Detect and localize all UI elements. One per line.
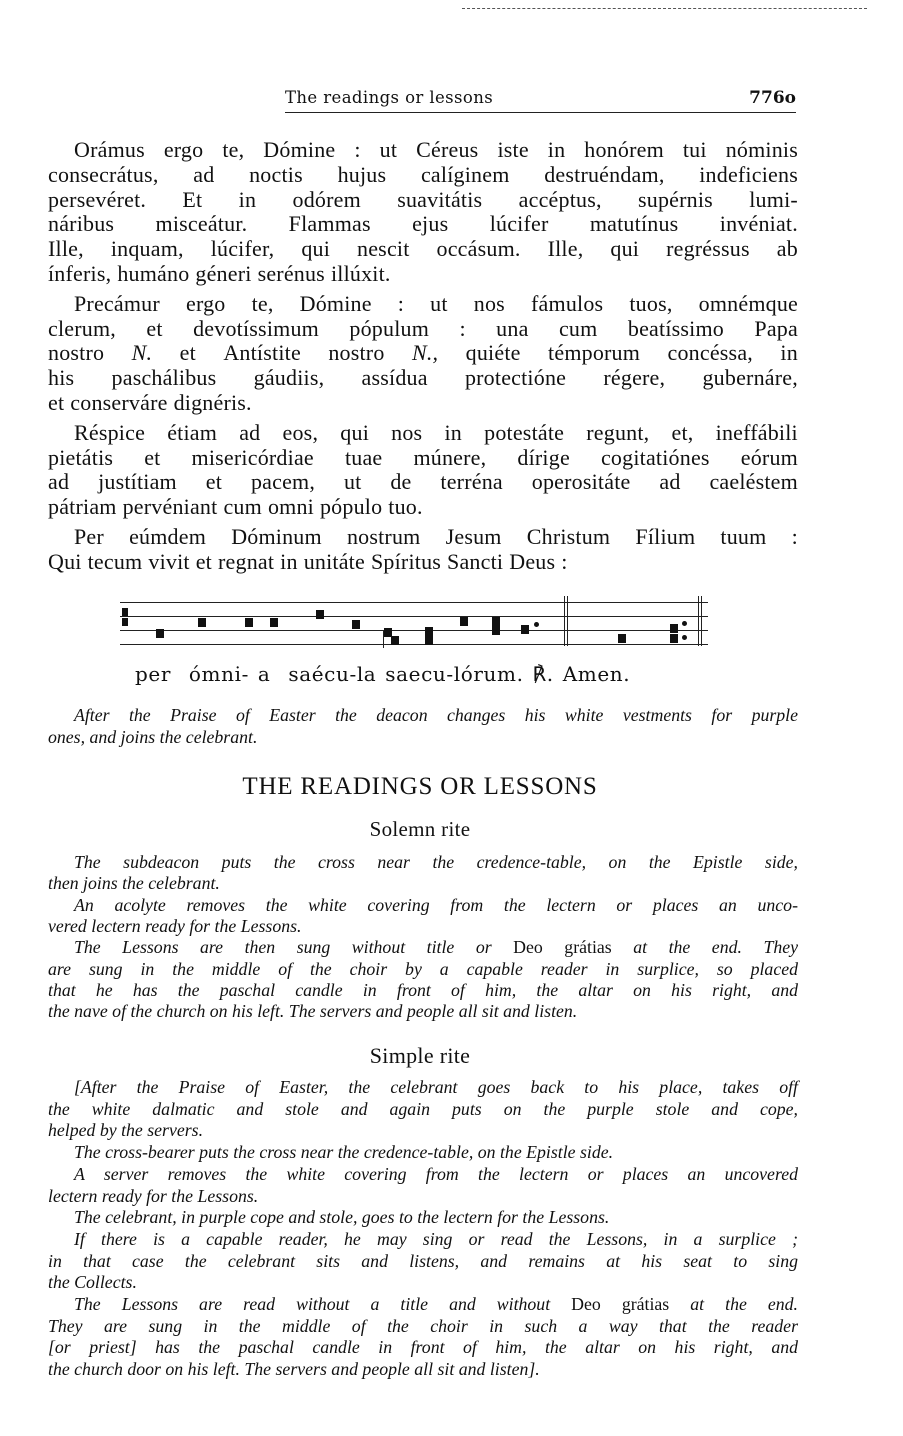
prayer-line: pátriampervéniantcumomnipópulotuo. — [48, 494, 798, 519]
page-number: 776o — [749, 88, 796, 108]
chant-note — [245, 618, 253, 627]
roman-text: Deo grátias — [571, 1294, 669, 1314]
note-stem — [383, 630, 384, 648]
chant-note — [198, 618, 206, 627]
chant-note — [618, 634, 626, 643]
prayer-line: pietátisetmisericórdiaetuaemúnere,dírige… — [48, 445, 798, 470]
rubric-line: lectern ready for the Lessons. — [48, 1186, 798, 1207]
chant-note — [425, 627, 433, 636]
chant-note — [425, 636, 433, 645]
chant-staff — [120, 596, 708, 650]
prayer-line: Réspiceétiamadeos,quinosinpotestáteregun… — [48, 420, 798, 445]
prayer-line: persevéret.Etinodóremsuavitátisaccéptus,… — [48, 187, 798, 212]
prayer-line: Orámusergote,Dómine:utCéreusisteinhonóre… — [48, 137, 798, 162]
c-clef-icon — [122, 618, 128, 626]
running-head-title: The readings or lessons — [285, 88, 493, 107]
chant-note — [270, 618, 278, 627]
rubric-line: ones, and joins the celebrant. — [48, 727, 798, 748]
rubric-line: They are sung in the middle of the choir… — [48, 1316, 798, 1337]
rubric-line: The cross-bearer puts the cross near the… — [48, 1142, 798, 1163]
simple-rite-heading: Simple rite — [0, 1043, 840, 1069]
chant-note — [670, 634, 678, 643]
rubric-line: A server removes the white covering from… — [48, 1164, 798, 1185]
chant-note — [670, 624, 678, 633]
staff-line — [120, 630, 708, 631]
rubric-line: the white dalmatic and stole and again p… — [48, 1099, 798, 1120]
rubric-line: are sung in the middle of the choir by a… — [48, 959, 798, 980]
prayer-line: consecrátus,adnoctishujuscalíginemdestru… — [48, 162, 798, 187]
double-bar — [564, 596, 568, 646]
prayer-line: adjustítiametpacem,utdeterrénaoperositát… — [48, 469, 798, 494]
chant-note — [352, 620, 360, 629]
prayer-line: clerum,etdevotíssimumpópulum:unacumbeatí… — [48, 316, 798, 341]
chant-note — [391, 636, 399, 645]
rubric-line: The celebrant, in purple cope and stole,… — [48, 1207, 798, 1228]
rubric-line: [or priest] has the paschal candle in fr… — [48, 1337, 798, 1358]
scan-artifact-line — [462, 8, 867, 9]
rubric-line: that he has the paschal candle in front … — [48, 980, 798, 1001]
rubric-line: the church door on his left. The servers… — [48, 1359, 798, 1380]
rubric-line: If there is a capable reader, he may sin… — [48, 1229, 798, 1250]
staff-line — [120, 644, 708, 645]
staff-line — [120, 602, 708, 603]
prayer-line: hispaschálibusgáudiis,assíduaprotectióne… — [48, 365, 798, 390]
rubric-line: The subdeacon puts the cross near the cr… — [48, 852, 798, 873]
rubric-line: helped by the servers. — [48, 1120, 798, 1141]
rubric-line: An acolyte removes the white covering fr… — [48, 895, 798, 916]
chant-note — [521, 625, 529, 634]
prayer-line: etconserváredignéris. — [48, 390, 798, 415]
final-bar — [698, 596, 702, 646]
roman-text: Deo grátias — [513, 937, 612, 957]
prayer-line: nostroN.etAntístitenostroN.,quiétetémpor… — [48, 340, 798, 365]
rubric-line: the nave of the church on his left. The … — [48, 1001, 798, 1022]
rubric-line: After the Praise of Easter the deacon ch… — [48, 705, 798, 726]
chant-note — [492, 617, 500, 626]
running-head: The readings or lessons 776o — [285, 88, 796, 113]
chant-note — [460, 617, 468, 626]
mora-dot — [682, 635, 687, 640]
chant-note — [156, 629, 164, 638]
mora-dot — [534, 622, 539, 627]
prayer-line: náribusmisceátur.Flammasejuslúcifermatut… — [48, 211, 798, 236]
c-clef-icon — [122, 608, 128, 616]
prayer-line: ínferis,humánogéneriserénusillúxit. — [48, 261, 798, 286]
prayer-line: PereúmdemDóminumnostrumJesumChristumFíli… — [48, 524, 798, 549]
rubric-line: vered lectern ready for the Lessons. — [48, 916, 798, 937]
prayer-line: QuitecumvivitetregnatinunitáteSpíritusSa… — [48, 549, 798, 574]
prayer-line: Ille,inquam,lúcifer,quinescitoccásum.Ill… — [48, 236, 798, 261]
rubric-line: The Lessons are read without a title and… — [48, 1294, 798, 1315]
mora-dot — [682, 621, 687, 626]
rubric-line: then joins the celebrant. — [48, 873, 798, 894]
prayer-line: Precámurergote,Dómine:utnosfámulostuos,o… — [48, 291, 798, 316]
section-heading: THE READINGS OR LESSONS — [0, 773, 840, 801]
rubric-line: The Lessons are then sung without title … — [48, 937, 798, 958]
chant-lyrics: per ómni- a saécu-la saecu-lórum. ℟. Ame… — [135, 662, 630, 686]
rubric-line: in that case the celebrant sits and list… — [48, 1251, 798, 1272]
rubric-line: [After the Praise of Easter, the celebra… — [48, 1077, 798, 1098]
chant-note — [316, 610, 324, 619]
rubric-line: the Collects. — [48, 1272, 798, 1293]
solemn-rite-heading: Solemn rite — [0, 817, 840, 842]
chant-note — [492, 626, 500, 635]
staff-line — [120, 616, 708, 617]
